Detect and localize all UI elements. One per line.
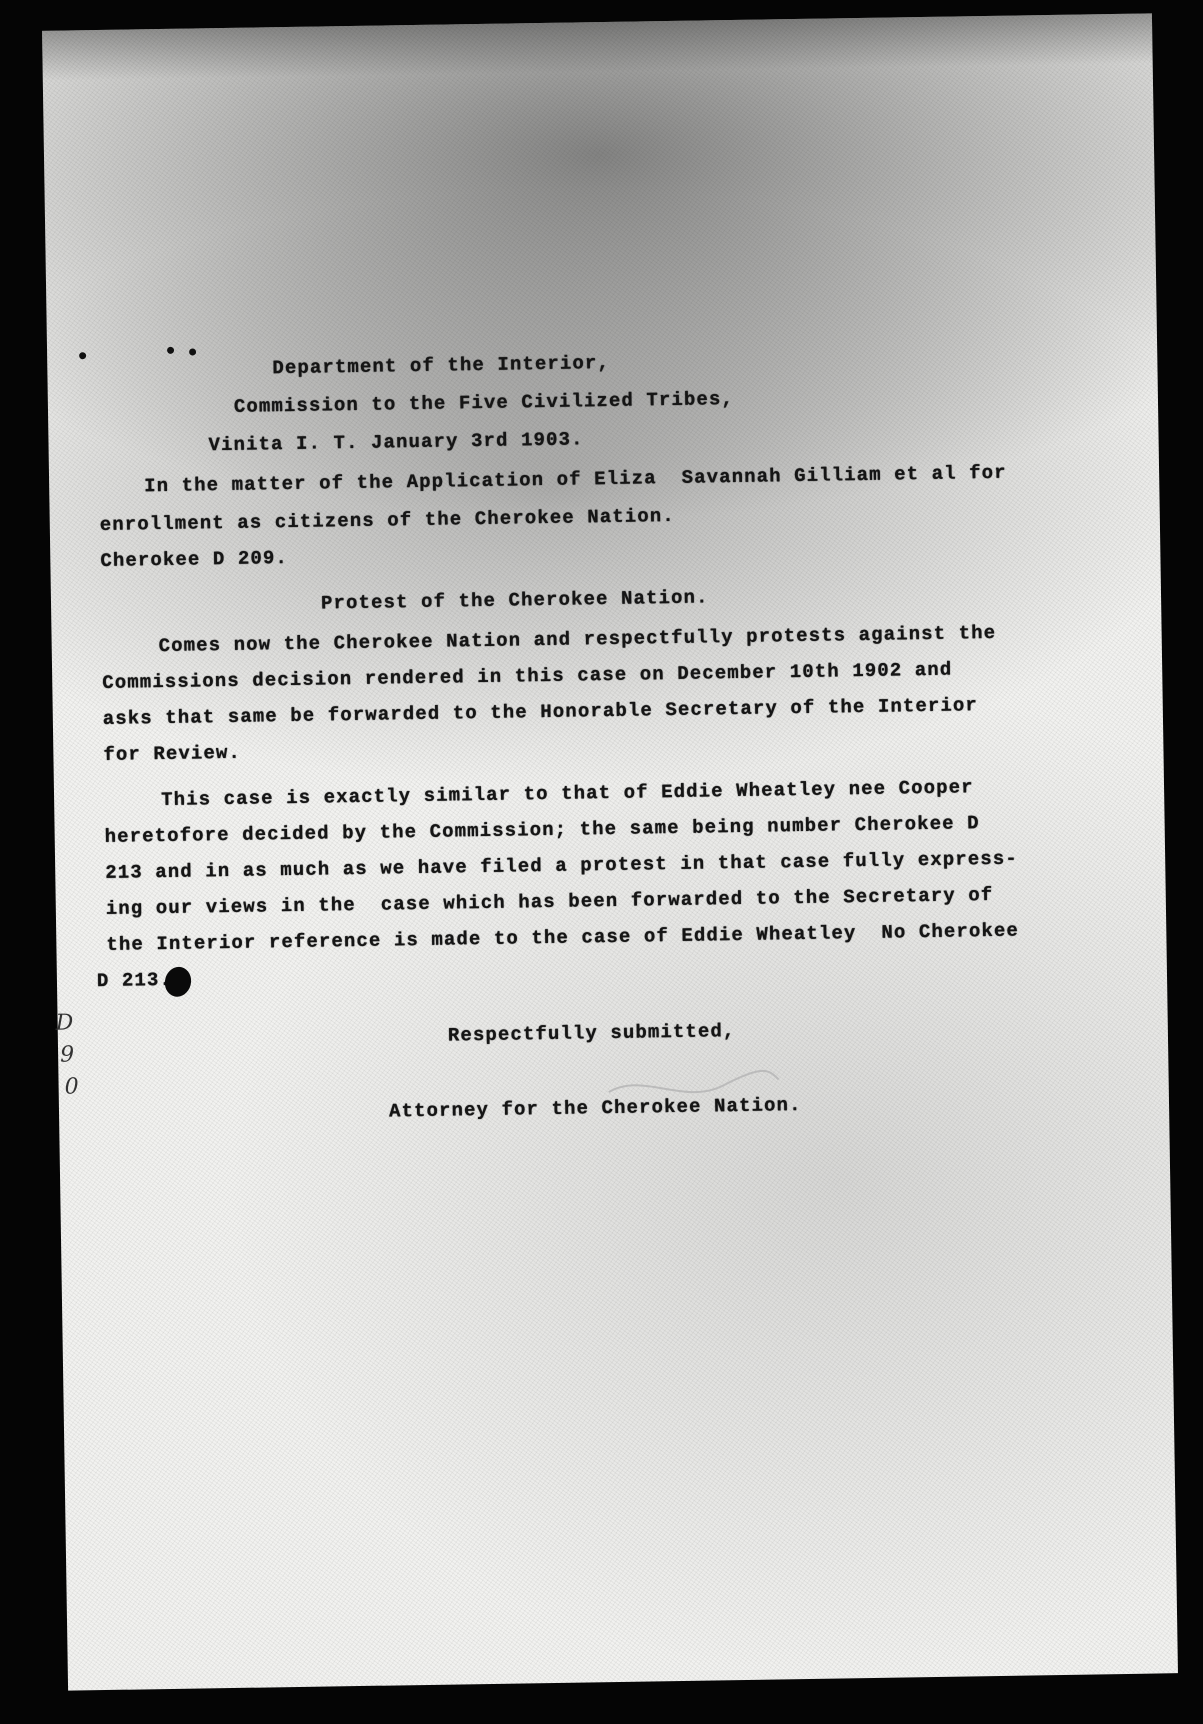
paragraph2-line-3: 213 and in as much as we have filed a pr… <box>105 848 1018 884</box>
paragraph1-line-1: Comes now the Cherokee Nation and respec… <box>159 622 997 657</box>
paragraph2-line-6: D 213. <box>97 969 172 992</box>
punch-mark <box>189 348 196 355</box>
heading-department: Department of the Interior, <box>272 352 610 379</box>
margin-note-1: D <box>55 1010 73 1035</box>
heading-commission: Commission to the Five Civilized Tribes, <box>234 388 734 418</box>
margin-note-2: 9 <box>60 1042 74 1067</box>
closing: Respectfully submitted, <box>448 1020 736 1047</box>
matter-line-1: In the matter of the Application of Eliz… <box>144 462 1007 498</box>
signature-line: Attorney for the Cherokee Nation. <box>389 1094 802 1122</box>
document-title: Protest of the Cherokee Nation. <box>321 586 709 614</box>
paragraph2-line-1: This case is exactly similar to that of … <box>161 776 974 811</box>
matter-line-2: enrollment as citizens of the Cherokee N… <box>100 505 675 536</box>
paragraph1-line-4: for Review. <box>103 742 241 766</box>
case-number: Cherokee D 209. <box>100 547 288 572</box>
paragraph2-line-2: heretofore decided by the Commission; th… <box>105 812 980 848</box>
margin-note-3: 0 <box>64 1074 78 1099</box>
paragraph2-line-4: ing our views in the case which has been… <box>106 884 994 920</box>
scan-shading <box>42 13 1153 80</box>
document-page: Department of the Interior, Commission t… <box>42 13 1178 1690</box>
punch-mark <box>167 347 174 354</box>
paragraph1-line-2: Commissions decision rendered in this ca… <box>102 659 952 694</box>
paragraph1-line-3: asks that same be forwarded to the Honor… <box>103 694 978 730</box>
paragraph2-line-5: the Interior reference is made to the ca… <box>106 920 1019 956</box>
heading-place-date: Vinita I. T. January 3rd 1903. <box>208 428 583 456</box>
punch-mark <box>79 352 86 359</box>
